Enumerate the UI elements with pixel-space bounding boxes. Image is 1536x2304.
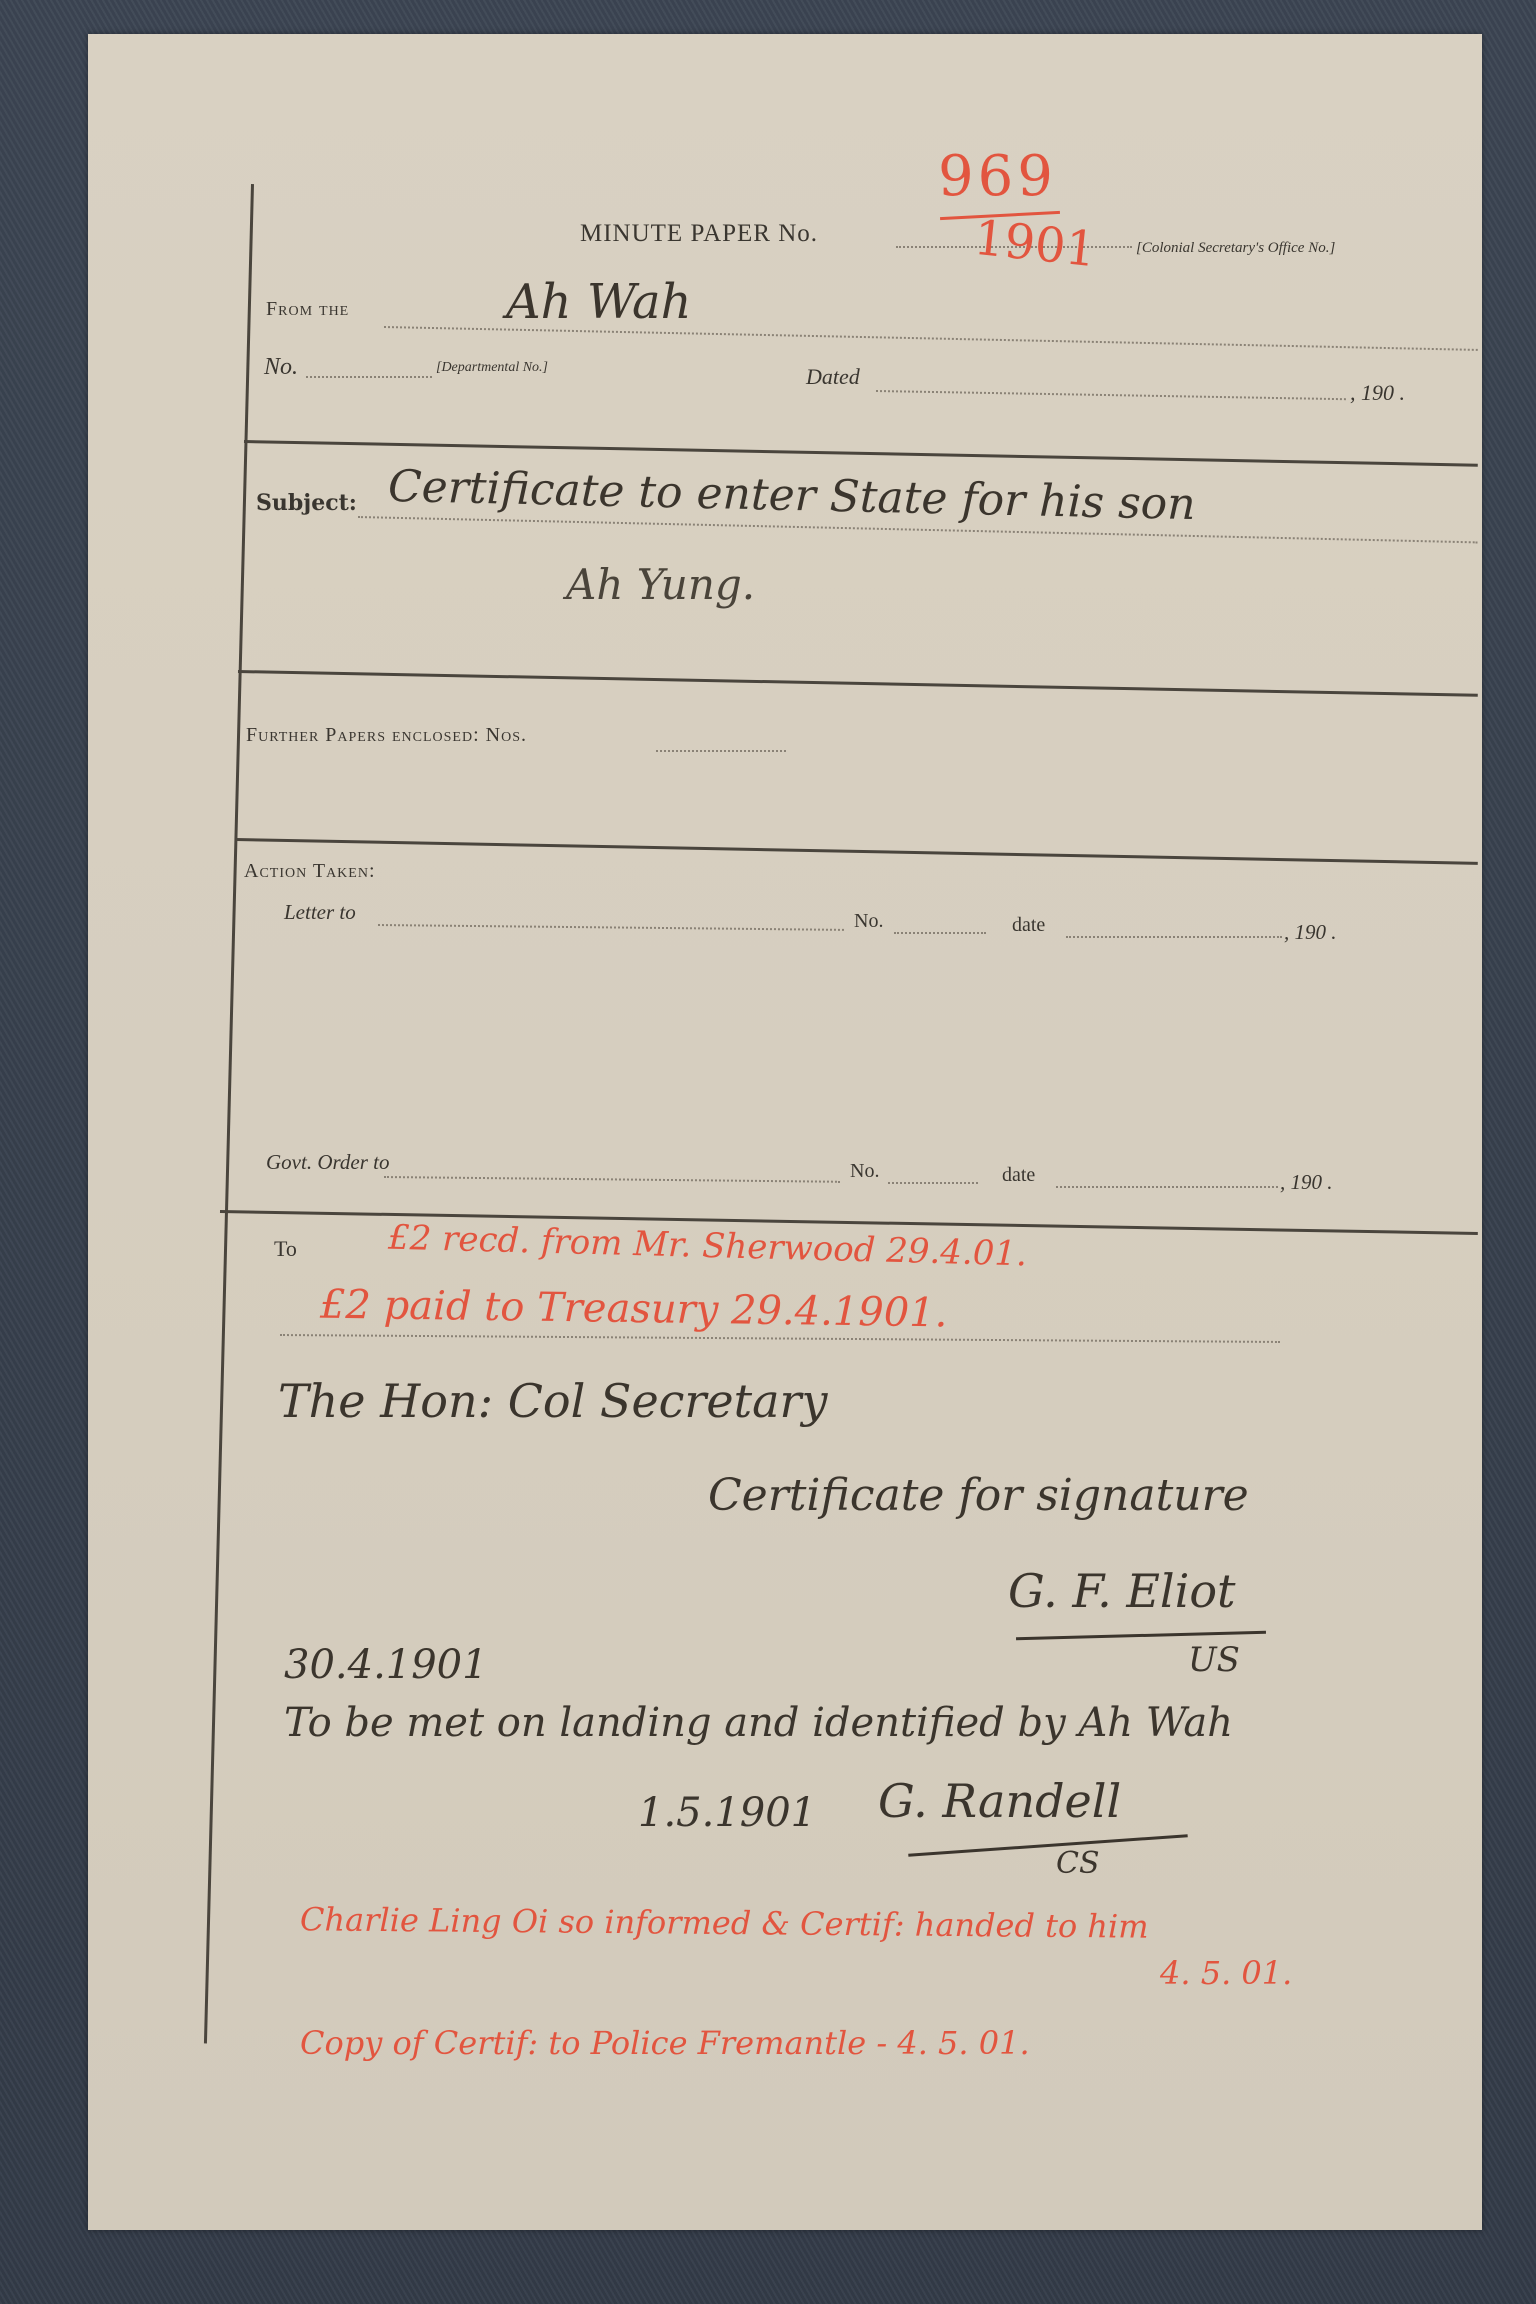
- letter-no-dots: [894, 932, 986, 934]
- red-note-police: Copy of Certif: to Police Fremantle - 4.…: [300, 2024, 1030, 2062]
- dept-no-hint: [Departmental No.]: [436, 360, 548, 376]
- letter-no-label: No.: [854, 910, 883, 933]
- govt-order-label: Govt. Order to: [266, 1150, 389, 1175]
- section-rule-3: [236, 838, 1478, 865]
- subject-line-2: Ah Yung.: [566, 560, 755, 609]
- date-1-5-1901: 1.5.1901: [638, 1790, 816, 1836]
- minute-year: 1901: [971, 210, 1098, 278]
- form-title: MINUTE PAPER No.: [580, 220, 818, 248]
- dept-no-label: No.: [264, 354, 298, 381]
- red-note-treasury: £2 paid to Treasury 29.4.1901.: [320, 1282, 948, 1337]
- dated-label: Dated: [806, 364, 860, 390]
- landing-note: To be met on landing and identified by A…: [284, 1700, 1233, 1746]
- govt-date-dots: [1056, 1186, 1278, 1188]
- addressee: The Hon: Col Secretary: [278, 1374, 828, 1428]
- further-papers-dots: [656, 750, 786, 752]
- govt-no-label: No.: [850, 1160, 879, 1183]
- signature-randell-flourish: [908, 1834, 1188, 1857]
- minute-paper-document: MINUTE PAPER No. 969 1901 [Colonial Secr…: [88, 34, 1482, 2230]
- signature-randell: G. Randell: [878, 1774, 1121, 1828]
- red-note-informed: Charlie Ling Oi so informed & Certif: ha…: [300, 1900, 1149, 1945]
- letter-date-label: date: [1012, 914, 1045, 937]
- to-label: To: [274, 1236, 297, 1262]
- to-dots: [280, 1334, 1280, 1343]
- dated-dots: [876, 390, 1346, 400]
- letter-to-dots: [378, 924, 844, 931]
- cso-label: [Colonial Secretary's Office No.]: [1136, 240, 1335, 257]
- minute-number: 969: [938, 144, 1057, 209]
- signature-eliot: G. F. Eliot: [1008, 1564, 1236, 1618]
- letter-year: , 190 .: [1284, 920, 1337, 945]
- signature-eliot-title: US: [1188, 1640, 1240, 1680]
- subject-label: Subject:: [256, 490, 357, 516]
- red-note-informed-date: 4. 5. 01.: [1160, 1954, 1292, 1992]
- govt-order-dots: [384, 1176, 840, 1183]
- letter-date-dots: [1066, 936, 1282, 938]
- red-note-received: £2 recd. from Mr. Sherwood 29.4.01.: [388, 1218, 1028, 1275]
- signature-eliot-underline: [1016, 1631, 1266, 1641]
- section-rule-2: [238, 670, 1478, 697]
- from-label: From the: [266, 298, 349, 321]
- action-taken-label: Action Taken:: [244, 860, 376, 883]
- dated-year: , 190 .: [1350, 380, 1405, 406]
- certificate-note: Certificate for signature: [708, 1470, 1249, 1521]
- margin-rule: [204, 184, 254, 2043]
- signature-randell-title: CS: [1056, 1846, 1100, 1881]
- dept-no-dots: [306, 376, 432, 378]
- letter-to-label: Letter to: [284, 900, 356, 925]
- govt-year: , 190 .: [1280, 1170, 1333, 1195]
- govt-no-dots: [888, 1182, 978, 1184]
- further-papers-label: Further Papers enclosed: Nos.: [246, 724, 527, 747]
- from-value: Ah Wah: [506, 274, 692, 330]
- govt-date-label: date: [1002, 1164, 1035, 1187]
- date-30-4-1901: 30.4.1901: [284, 1642, 488, 1688]
